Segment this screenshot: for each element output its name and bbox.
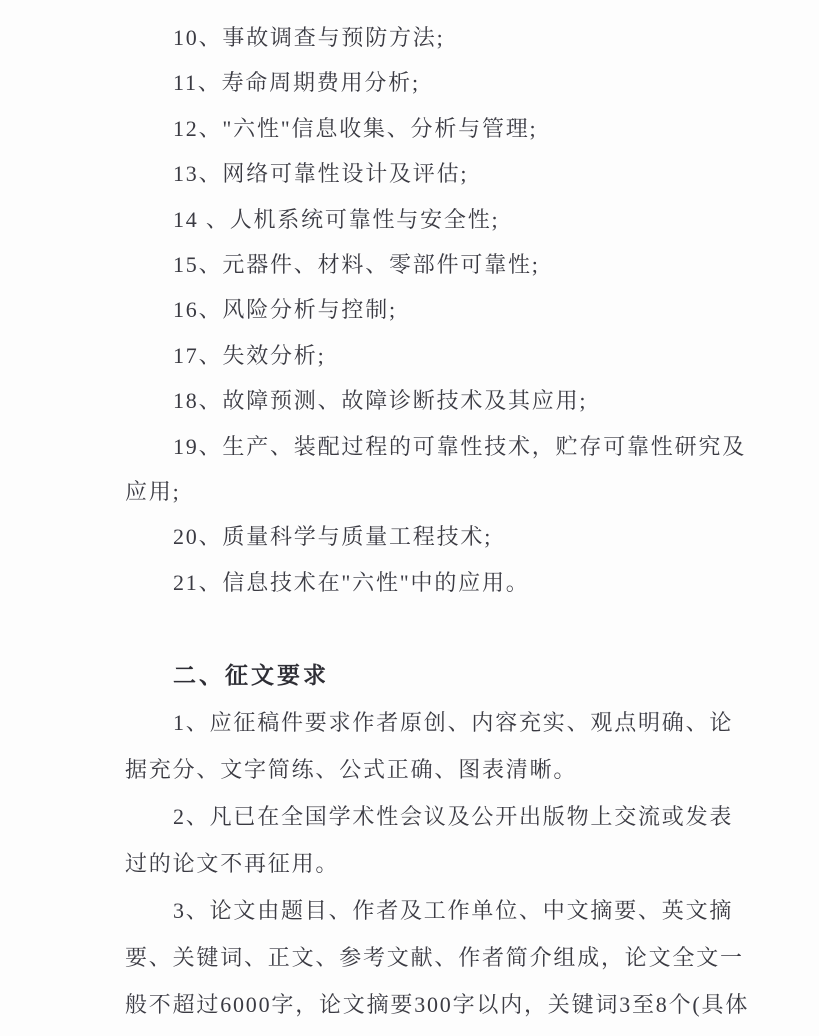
requirement-3-line-1: 3、论文由题目、作者及工作单位、中文摘要、英文摘 (0, 895, 819, 942)
requirement-2-line-2: 过的论文不再征用。 (0, 848, 819, 895)
document-body: 10、事故调查与预防方法; 11、寿命周期费用分析; 12、"六性"信息收集、分… (0, 22, 819, 1036)
topic-item-15: 15、元器件、材料、零部件可靠性; (0, 249, 819, 294)
requirement-3-line-2: 要、关键词、正文、参考文献、作者简介组成，论文全文一 (0, 942, 819, 989)
topic-item-21: 21、信息技术在"六性"中的应用。 (0, 567, 819, 612)
scanned-document-page: 10、事故调查与预防方法; 11、寿命周期费用分析; 12、"六性"信息收集、分… (0, 0, 819, 1036)
section-gap (0, 612, 819, 660)
topic-item-14: 14 、人机系统可靠性与安全性; (0, 204, 819, 249)
section-two-heading: 二、征文要求 (0, 660, 819, 707)
requirement-1-line-2: 据充分、文字简练、公式正确、图表清晰。 (0, 754, 819, 801)
requirement-3-line-3: 般不超过6000字，论文摘要300字以内，关键词3至8个(具体 (0, 989, 819, 1036)
topic-item-17: 17、失效分析; (0, 340, 819, 385)
requirement-1-line-1: 1、应征稿件要求作者原创、内容充实、观点明确、论 (0, 707, 819, 754)
topic-item-19: 19、生产、装配过程的可靠性技术，贮存可靠性研究及 (0, 431, 819, 476)
topic-item-11: 11、寿命周期费用分析; (0, 67, 819, 112)
topic-item-12: 12、"六性"信息收集、分析与管理; (0, 113, 819, 158)
topic-item-16: 16、风险分析与控制; (0, 294, 819, 339)
topic-item-19-wrap: 应用; (0, 476, 819, 521)
topic-item-18: 18、故障预测、故障诊断技术及其应用; (0, 385, 819, 430)
topic-item-13: 13、网络可靠性设计及评估; (0, 158, 819, 203)
requirement-2-line-1: 2、凡已在全国学术性会议及公开出版物上交流或发表 (0, 801, 819, 848)
topic-item-20: 20、质量科学与质量工程技术; (0, 521, 819, 566)
topic-item-10: 10、事故调查与预防方法; (0, 22, 819, 67)
